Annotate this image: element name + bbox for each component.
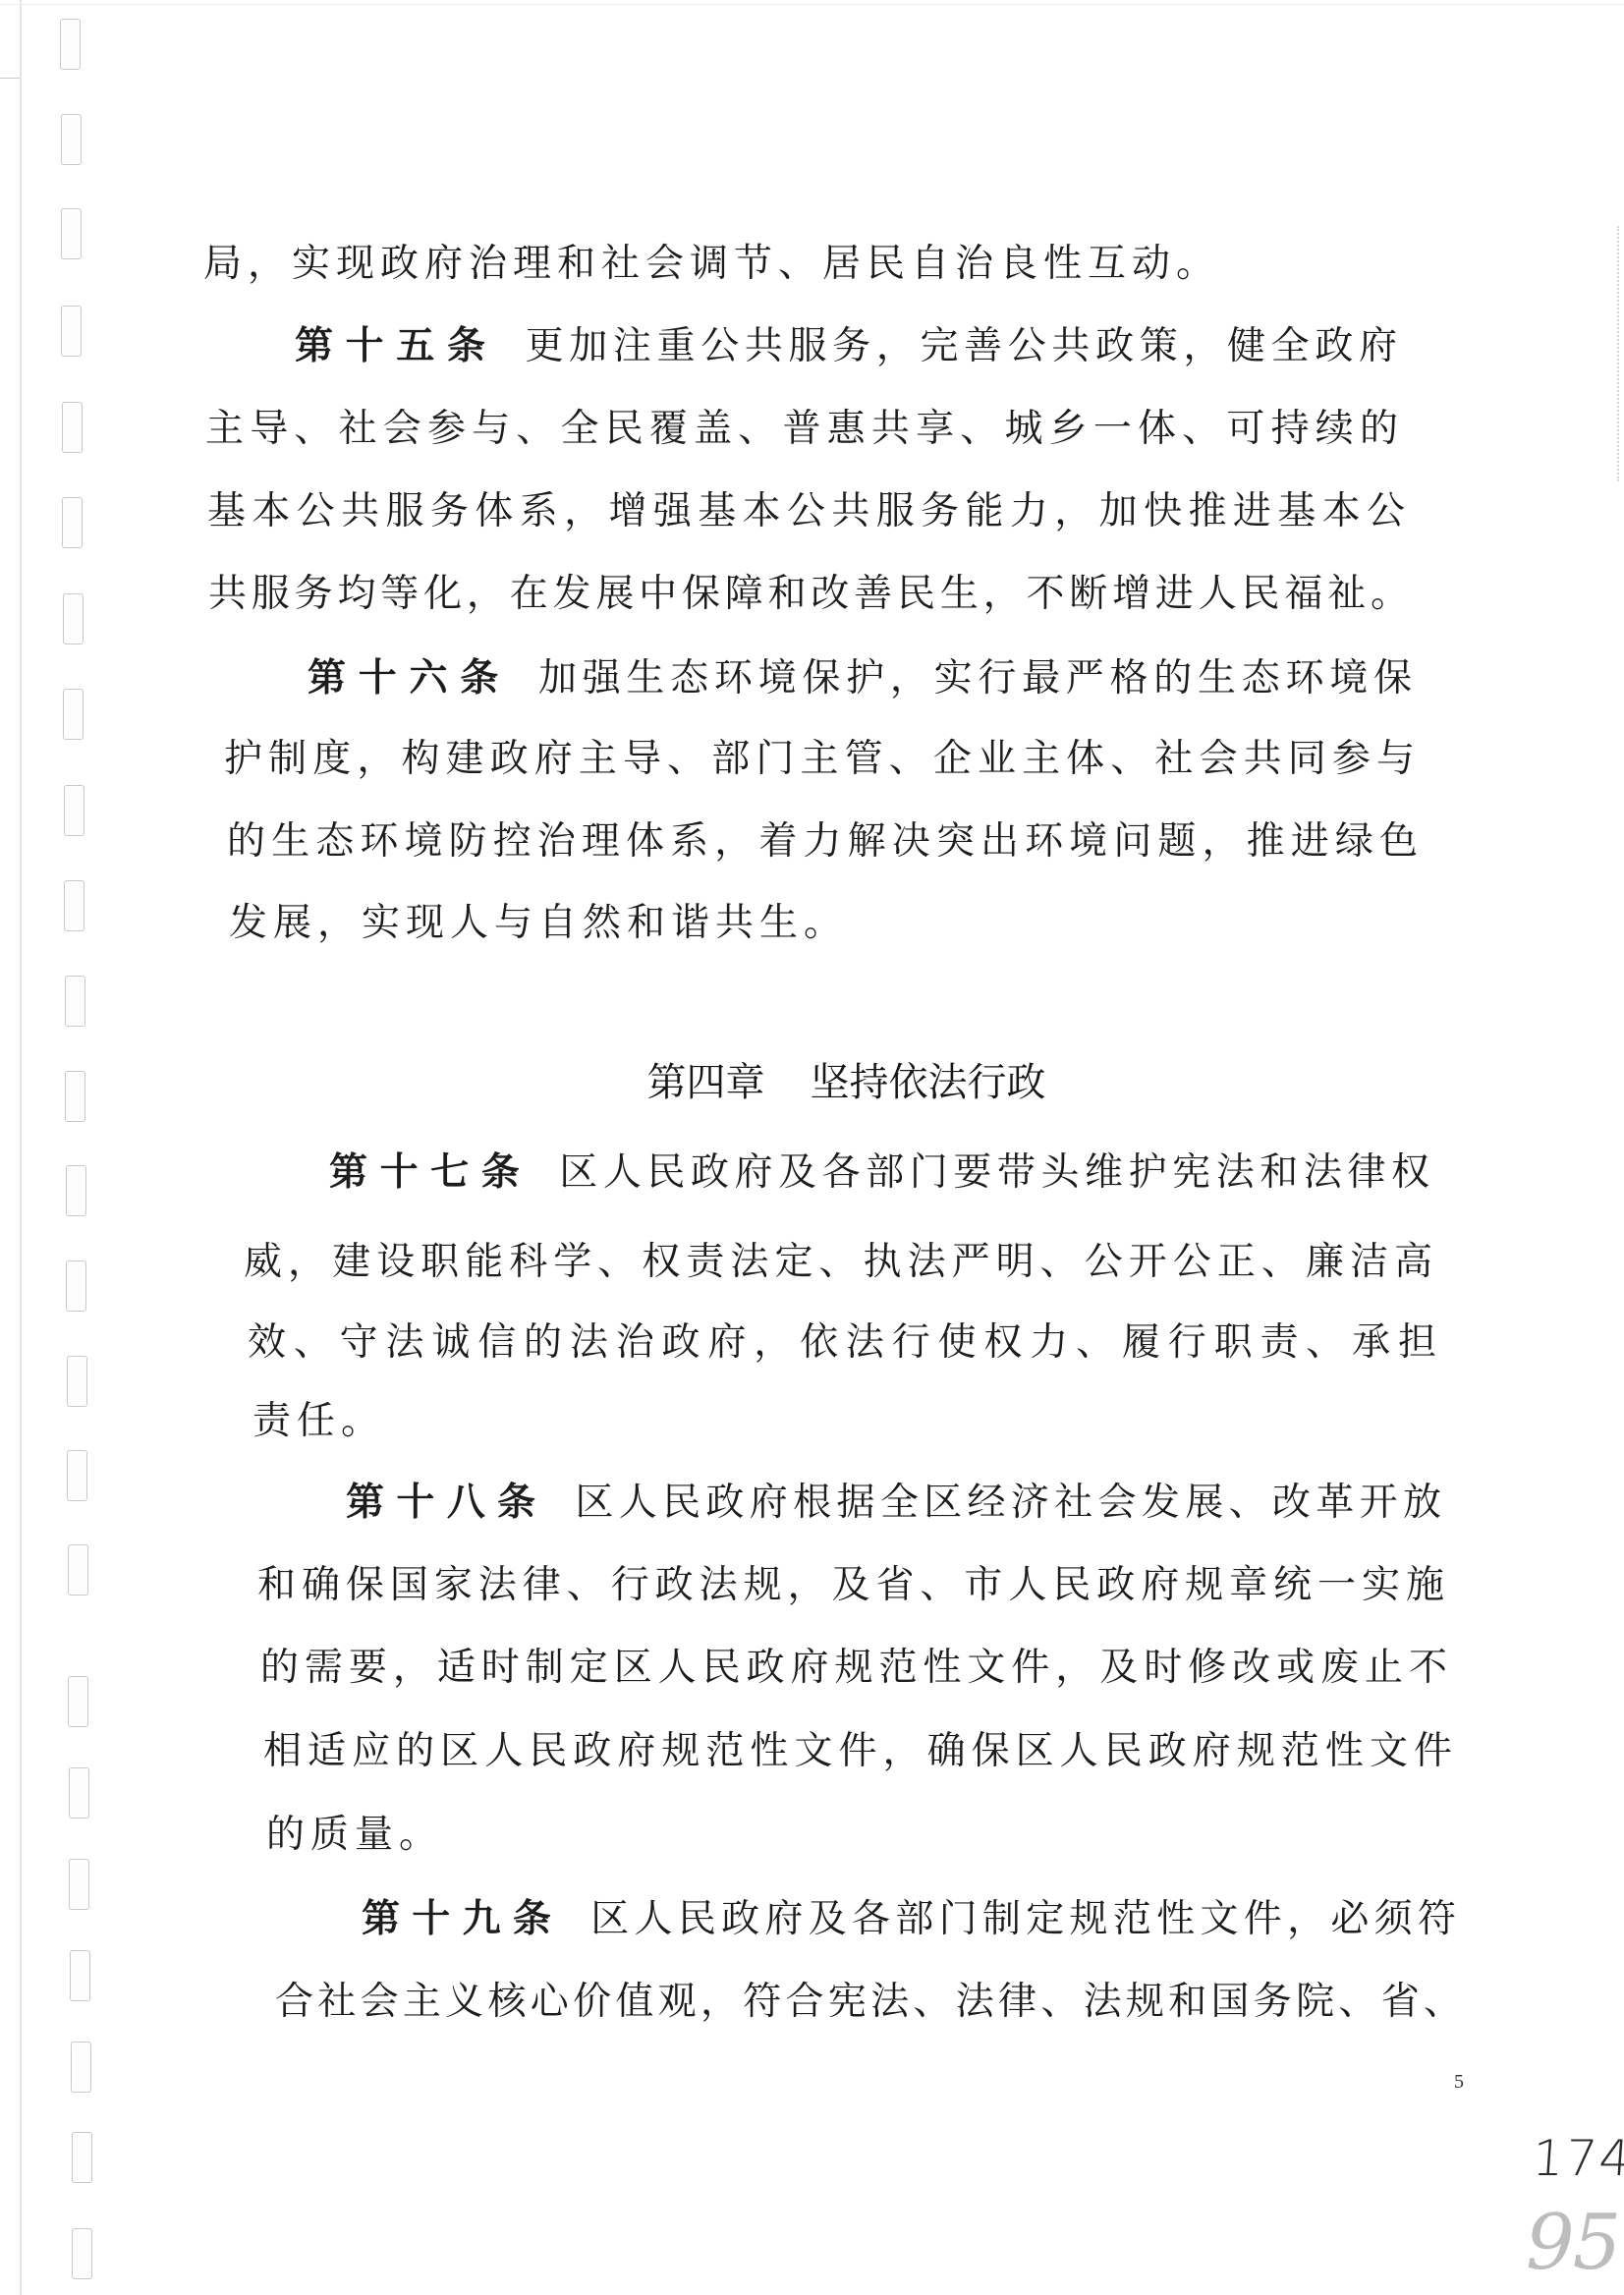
article-19-first-line: 第十九条区人民政府及各部门制定规范性文件，必须符 (362, 1896, 1456, 1941)
punch-hole-icon (65, 976, 85, 1027)
line-text: 基本公共服务体系，增强基本公共服务能力，加快推进基本公 (207, 489, 1405, 533)
punch-hole-icon (61, 114, 82, 165)
text-line: 发展，实现人与自然和谐共生。 (229, 901, 848, 946)
punch-hole-icon (61, 306, 82, 357)
line-text: 发展，实现人与自然和谐共生。 (229, 901, 848, 945)
punch-hole-icon (60, 19, 81, 70)
punch-hole-icon (63, 593, 84, 644)
punch-hole-icon (63, 689, 84, 740)
chapter-heading: 第四章坚持依法行政 (0, 1059, 1624, 1106)
punch-hole-icon (69, 1859, 89, 1910)
text-line: 相适应的区人民政府规范性文件，确保区人民政府规范性文件 (263, 1729, 1452, 1774)
line-text: 区人民政府根据全区经济社会发展、改革开放 (575, 1481, 1441, 1525)
line-text: 加强生态环境保护，实行最严格的生态环境保 (538, 656, 1412, 700)
text-line: 的质量。 (266, 1813, 443, 1858)
article-16-first-line: 第十六条加强生态环境保护，实行最严格的生态环境保 (308, 655, 1412, 700)
article-15-first-line: 第十五条更加注重公共服务，完善公共政策，健全政府 (295, 323, 1397, 368)
punch-hole-icon (64, 880, 84, 931)
text-line: 的需要，适时制定区人民政府规范性文件，及时修改或废止不 (260, 1646, 1447, 1691)
line-text: 责任。 (252, 1399, 385, 1443)
punch-hole-icon (62, 402, 83, 453)
line-text: 的生态环境防控治理体系，着力解决突出环境问题，推进绿色 (227, 819, 1418, 864)
chapter-title: 坚持依法行政 (811, 1060, 1046, 1105)
punch-hole-icon (68, 1544, 88, 1595)
text-line: 效、守法诚信的法治政府，依法行使权力、履行职责、承担 (248, 1320, 1436, 1366)
text-line: 局，实现政府治理和社会调节、居民自治良性互动。 (203, 242, 1220, 287)
line-text: 的需要，适时制定区人民政府规范性文件，及时修改或废止不 (260, 1646, 1447, 1690)
margin-mark (0, 78, 20, 79)
text-line: 责任。 (252, 1399, 385, 1444)
punch-hole-icon (61, 208, 82, 259)
article-label: 第十八条 (346, 1480, 547, 1525)
line-text: 护制度，构建政府主导、部门主管、企业主体、社会共同参与 (224, 737, 1415, 781)
line-text: 效、守法诚信的法治政府，依法行使权力、履行职责、承担 (248, 1320, 1436, 1365)
punch-hole-icon (62, 497, 83, 548)
line-text: 共服务均等化，在发展中保障和改善民生，不断增进人民福祉。 (208, 572, 1409, 616)
article-label: 第十七条 (329, 1149, 532, 1195)
text-line: 共服务均等化，在发展中保障和改善民生，不断增进人民福祉。 (208, 572, 1409, 617)
line-text: 局，实现政府治理和社会调节、居民自治良性互动。 (203, 242, 1220, 286)
text-line: 护制度，构建政府主导、部门主管、企业主体、社会共同参与 (224, 737, 1415, 782)
punch-hole-icon (69, 1767, 89, 1819)
article-label: 第十五条 (295, 323, 498, 368)
scan-edge-top (0, 4, 1624, 5)
scanned-document-page: 局，实现政府治理和社会调节、居民自治良性互动。 第十五条更加注重公共服务，完善公… (0, 0, 1624, 2295)
punch-hole-icon (66, 1165, 86, 1216)
punch-hole-icon (70, 1950, 90, 2001)
scan-edge-left (20, 0, 22, 2295)
article-label: 第十六条 (308, 655, 511, 700)
text-line: 基本公共服务体系，增强基本公共服务能力，加快推进基本公 (207, 489, 1405, 534)
punch-hole-icon (68, 1676, 88, 1727)
text-line: 的生态环境防控治理体系，着力解决突出环境问题，推进绿色 (227, 819, 1418, 865)
line-text: 合社会主义核心价值观，符合宪法、法律、法规和国务院、省、 (275, 1980, 1462, 2024)
line-text: 主导、社会参与、全民覆盖、普惠共享、城乡一体、可持续的 (205, 407, 1398, 451)
text-line: 和确保国家法律、行政法规，及省、市人民政府规章统一实施 (257, 1563, 1444, 1608)
handwritten-folio-number-secondary: 95 (1526, 2199, 1619, 2287)
chapter-number: 第四章 (647, 1060, 765, 1105)
punch-hole-icon (72, 2228, 92, 2279)
punch-hole-icon (66, 1260, 86, 1312)
punch-hole-icon (72, 2132, 92, 2183)
line-text: 的质量。 (266, 1813, 443, 1857)
page-number: 5 (1454, 2071, 1464, 2094)
line-text: 相适应的区人民政府规范性文件，确保区人民政府规范性文件 (263, 1729, 1452, 1773)
text-line: 合社会主义核心价值观，符合宪法、法律、法规和国务院、省、 (275, 1980, 1462, 2025)
article-17-first-line: 第十七条区人民政府及各部门要带头维护宪法和法律权 (329, 1149, 1429, 1195)
punch-hole-icon (67, 1450, 87, 1501)
punch-hole-icon (71, 2042, 91, 2093)
scan-edge-right (1617, 226, 1619, 481)
handwritten-folio-number: 174 (1531, 2130, 1624, 2187)
line-text: 和确保国家法律、行政法规，及省、市人民政府规章统一实施 (257, 1563, 1444, 1607)
line-text: 更加注重公共服务，完善公共政策，健全政府 (526, 324, 1397, 368)
article-18-first-line: 第十八条区人民政府根据全区经济社会发展、改革开放 (346, 1480, 1441, 1525)
text-line: 主导、社会参与、全民覆盖、普惠共享、城乡一体、可持续的 (205, 407, 1398, 452)
punch-hole-icon (67, 1356, 87, 1407)
line-text: 区人民政府及各部门制定规范性文件，必须符 (590, 1897, 1456, 1941)
article-label: 第十九条 (362, 1896, 563, 1941)
line-text: 区人民政府及各部门要带头维护宪法和法律权 (559, 1150, 1429, 1195)
punch-hole-icon (64, 785, 84, 836)
line-text: 威，建设职能科学、权责法定、执法严明、公开公正、廉洁高 (244, 1240, 1432, 1284)
text-line: 威，建设职能科学、权责法定、执法严明、公开公正、廉洁高 (244, 1240, 1432, 1285)
